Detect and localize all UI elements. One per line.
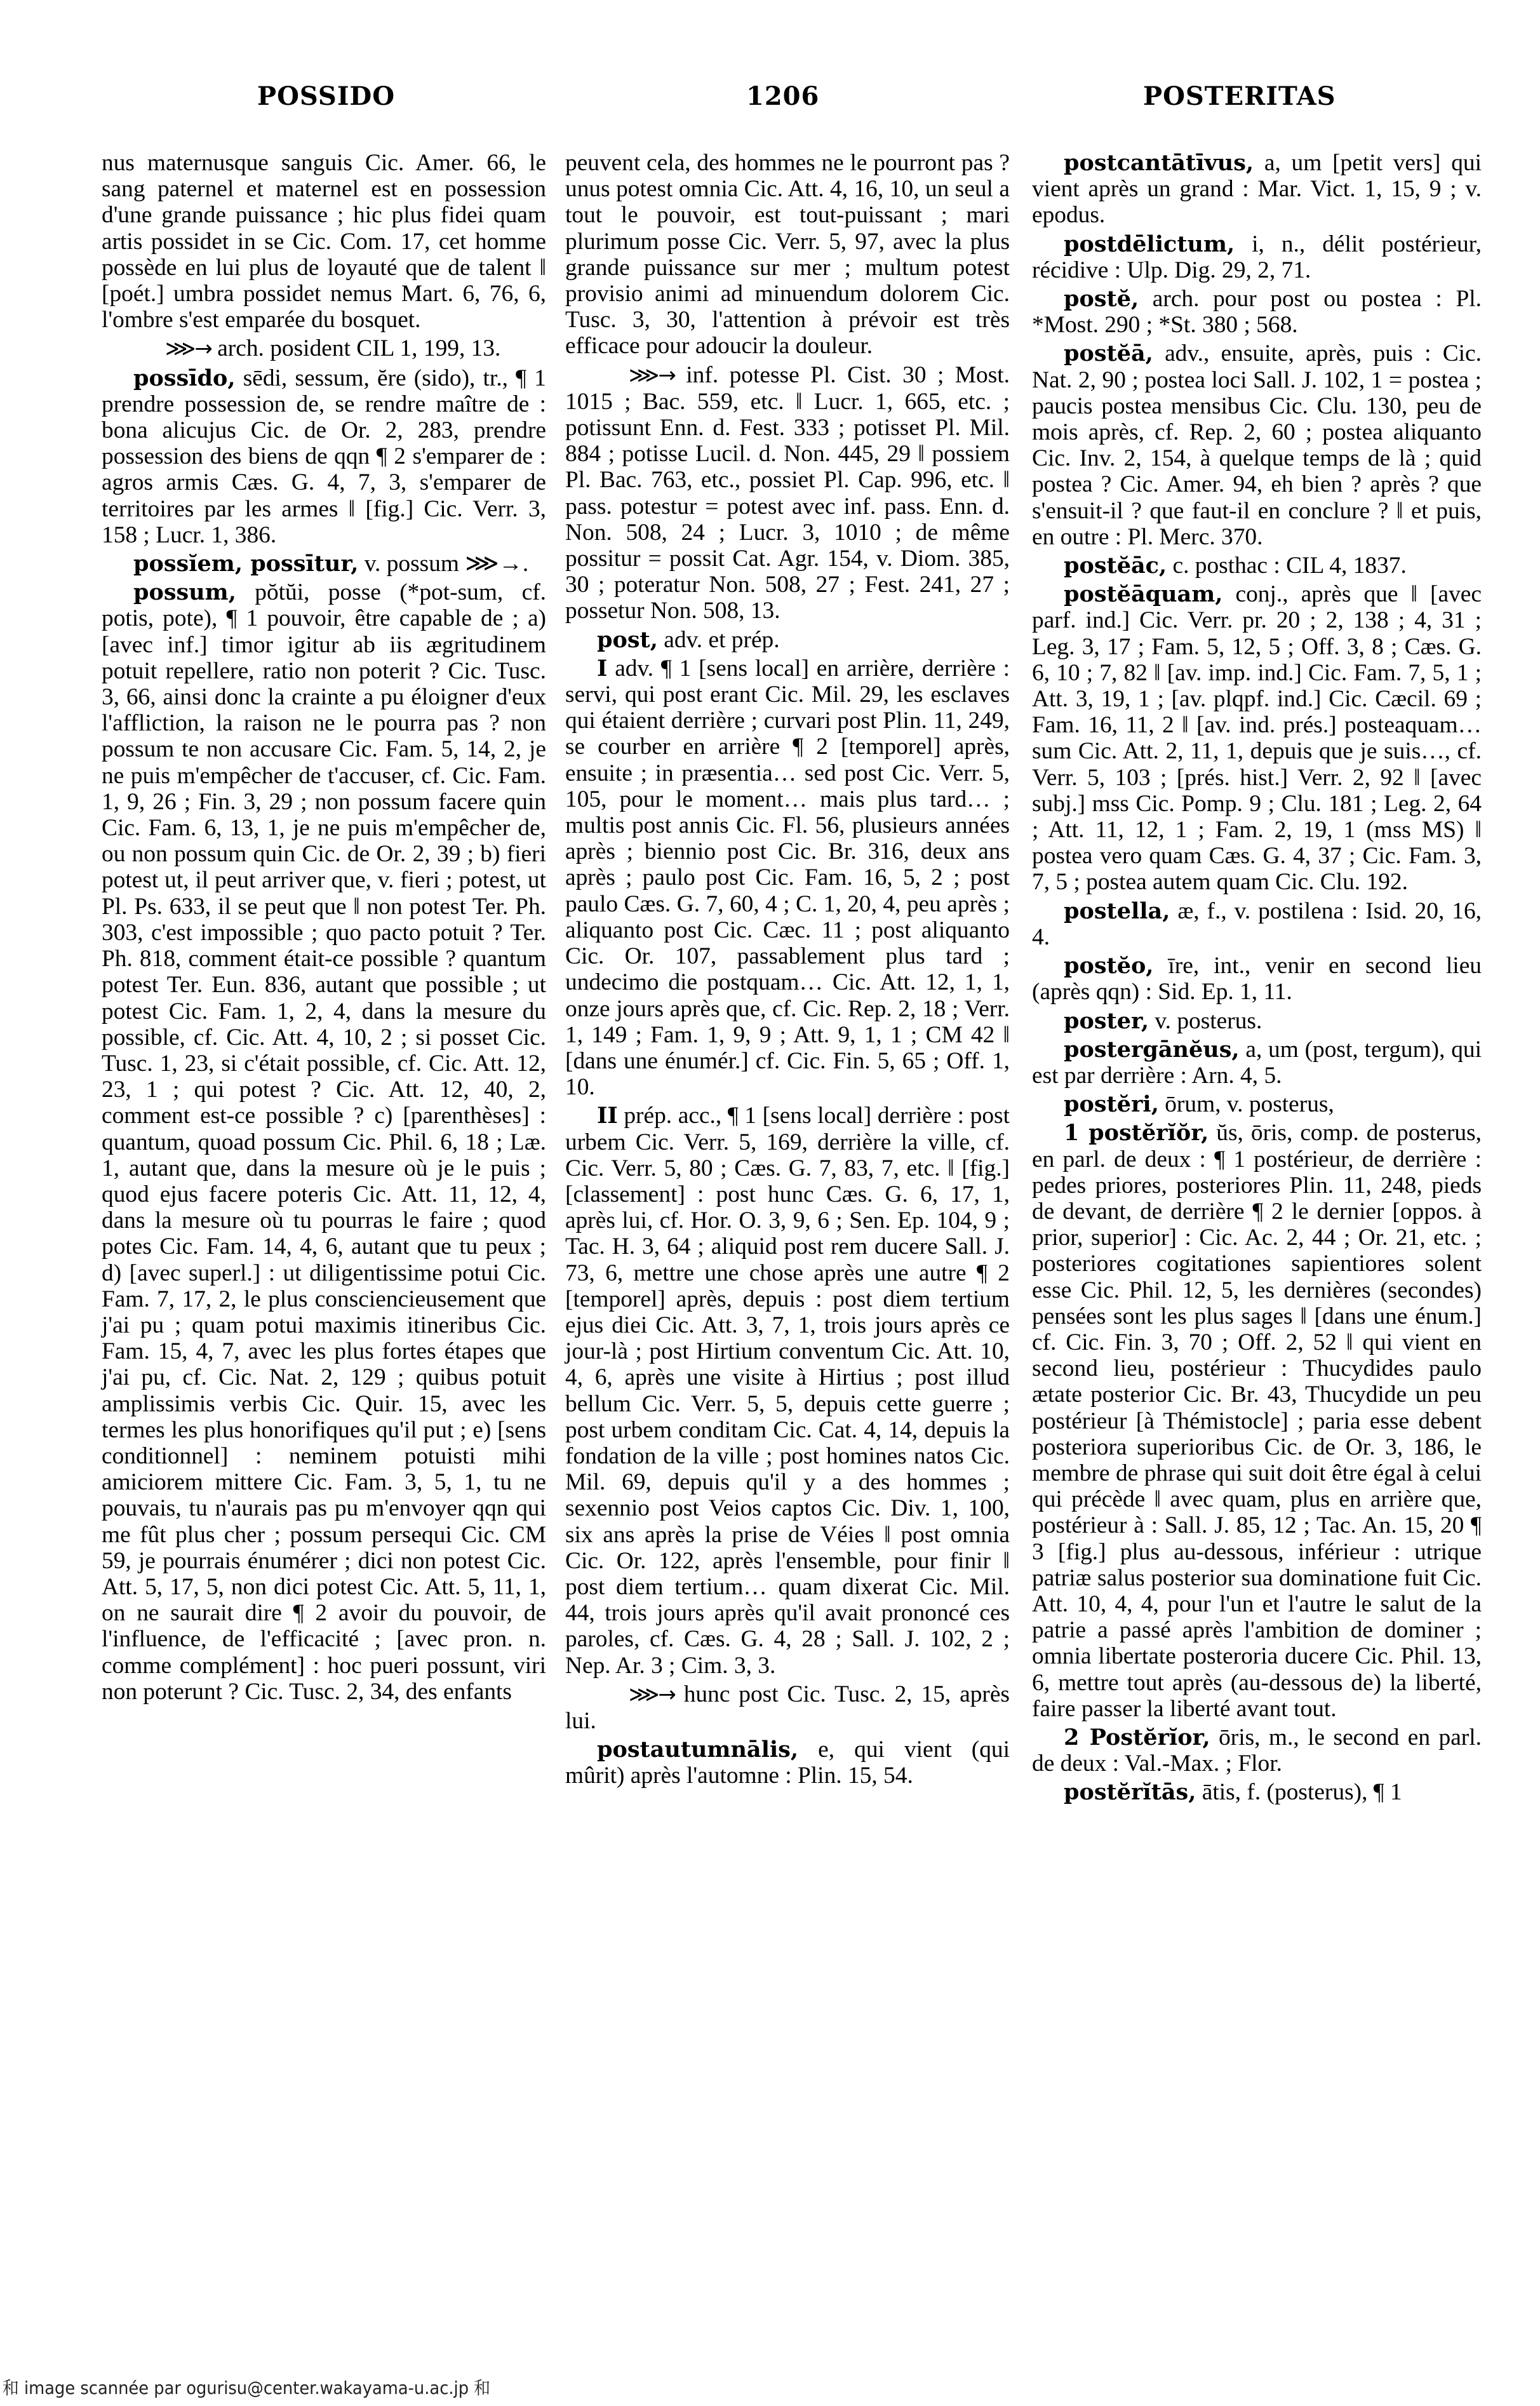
feathered-arrow-icon: ⋙→ — [133, 336, 211, 362]
headword: post, — [597, 627, 658, 653]
feathered-arrow-icon: ⋙→ — [597, 363, 675, 389]
feathered-arrow-icon: ⋙→ — [597, 1682, 675, 1708]
continued-entry-text: nus maternusque sanguis Cic. Amer. 66, l… — [102, 150, 546, 333]
headword: postĕāquam, — [1064, 581, 1222, 607]
headword: possum, — [133, 579, 236, 605]
dictionary-entry: postĕo, īre, int., venir en second lieu … — [1032, 953, 1482, 1005]
headword: postĕāc, — [1064, 553, 1167, 579]
form-note-entry: ⋙→ hunc post Cic. Tusc. 2, 15, après lui… — [565, 1681, 1010, 1734]
right-guide-word: POSTERITAS — [1143, 81, 1336, 111]
running-head: POSSIDO 1206 POSTERITAS — [0, 81, 1540, 119]
dictionary-entry: possum, pŏtŭi, posse (*pot-sum, cf. poti… — [102, 579, 546, 1705]
section-label: I — [597, 655, 607, 682]
dictionary-entry: postĕrĭtās, ātis, f. (posterus), ¶ 1 — [1032, 1779, 1482, 1805]
page-number: 1206 — [746, 81, 819, 111]
headword: postdēlictum, — [1064, 231, 1235, 257]
dictionary-entry: postcantātīvus, a, um [petit vers] qui v… — [1032, 150, 1482, 229]
dictionary-entry: postella, æ, f., v. postilena : Isid. 20… — [1032, 898, 1482, 950]
dictionary-entry: postdēlictum, i, n., délit postérieur, r… — [1032, 231, 1482, 283]
headword: postcantātīvus, — [1064, 150, 1254, 176]
headword: postĕā, — [1064, 340, 1153, 366]
headword: postĕrĭtās, — [1064, 1779, 1196, 1805]
headword: postergānĕus, — [1064, 1037, 1240, 1063]
column-2: peuvent cela, des hommes ne le pourront … — [565, 150, 1010, 1792]
dictionary-entry: possīdo, sēdi, sessum, ĕre (sido), tr., … — [102, 365, 546, 548]
dictionary-entry: possĭem, possītur, v. possum ⋙→. — [102, 551, 546, 577]
headword: postĕo, — [1064, 953, 1154, 979]
headword: postella, — [1064, 898, 1170, 924]
dictionary-entry: 2 Postĕrĭor, ōris, m., le second en parl… — [1032, 1724, 1482, 1777]
headword: possĭem, possītur, — [133, 551, 358, 577]
sense-section: I adv. ¶ 1 [sens local] en arrière, derr… — [565, 655, 1010, 1100]
headword: poster, — [1064, 1008, 1149, 1034]
section-label: II — [597, 1103, 618, 1129]
dictionary-entry: postĕāquam, conj., après que ‖ [avec par… — [1032, 581, 1482, 895]
left-guide-word: POSSIDO — [257, 81, 395, 111]
continued-entry-text: peuvent cela, des hommes ne le pourront … — [565, 150, 1010, 360]
scan-credit: 和 image scannée par ogurisu@center.wakay… — [3, 2374, 490, 2400]
form-note-entry: ⋙→ arch. posident CIL 1, 199, 13. — [102, 335, 546, 362]
dictionary-entry: poster, v. posterus. — [1032, 1008, 1482, 1034]
column-3: postcantātīvus, a, um [petit vers] qui v… — [1032, 150, 1482, 1808]
dictionary-entry: post, adv. et prép. — [565, 627, 1010, 653]
headword: postautumnālis, — [597, 1737, 798, 1763]
dictionary-entry: postergānĕus, a, um (post, tergum), qui … — [1032, 1037, 1482, 1089]
dictionary-entry: postĕā, adv., ensuite, après, puis : Cic… — [1032, 340, 1482, 550]
headword: postĕ, — [1064, 286, 1139, 312]
dictionary-entry: postĕāc, c. posthac : CIL 4, 1837. — [1032, 553, 1482, 579]
dictionary-entry: 1 postĕrĭŏr, ŭs, ōris, comp. de posterus… — [1032, 1120, 1482, 1722]
form-note-entry: ⋙→ inf. potesse Pl. Cist. 30 ; Most. 101… — [565, 362, 1010, 624]
dictionary-entry: postautumnālis, e, qui vient (qui mûrit)… — [565, 1737, 1010, 1789]
dictionary-entry: postĕri, ōrum, v. posterus, — [1032, 1091, 1482, 1117]
headword: possīdo, — [133, 365, 236, 391]
sense-section: II prép. acc., ¶ 1 [sens local] derrière… — [565, 1103, 1010, 1678]
headword: 2 Postĕrĭor, — [1064, 1724, 1210, 1751]
dictionary-entry: postĕ, arch. pour post ou postea : Pl. *… — [1032, 286, 1482, 338]
headword: postĕri, — [1064, 1091, 1159, 1117]
column-1: nus maternusque sanguis Cic. Amer. 66, l… — [102, 150, 546, 1707]
headword: 1 postĕrĭŏr, — [1064, 1120, 1209, 1146]
